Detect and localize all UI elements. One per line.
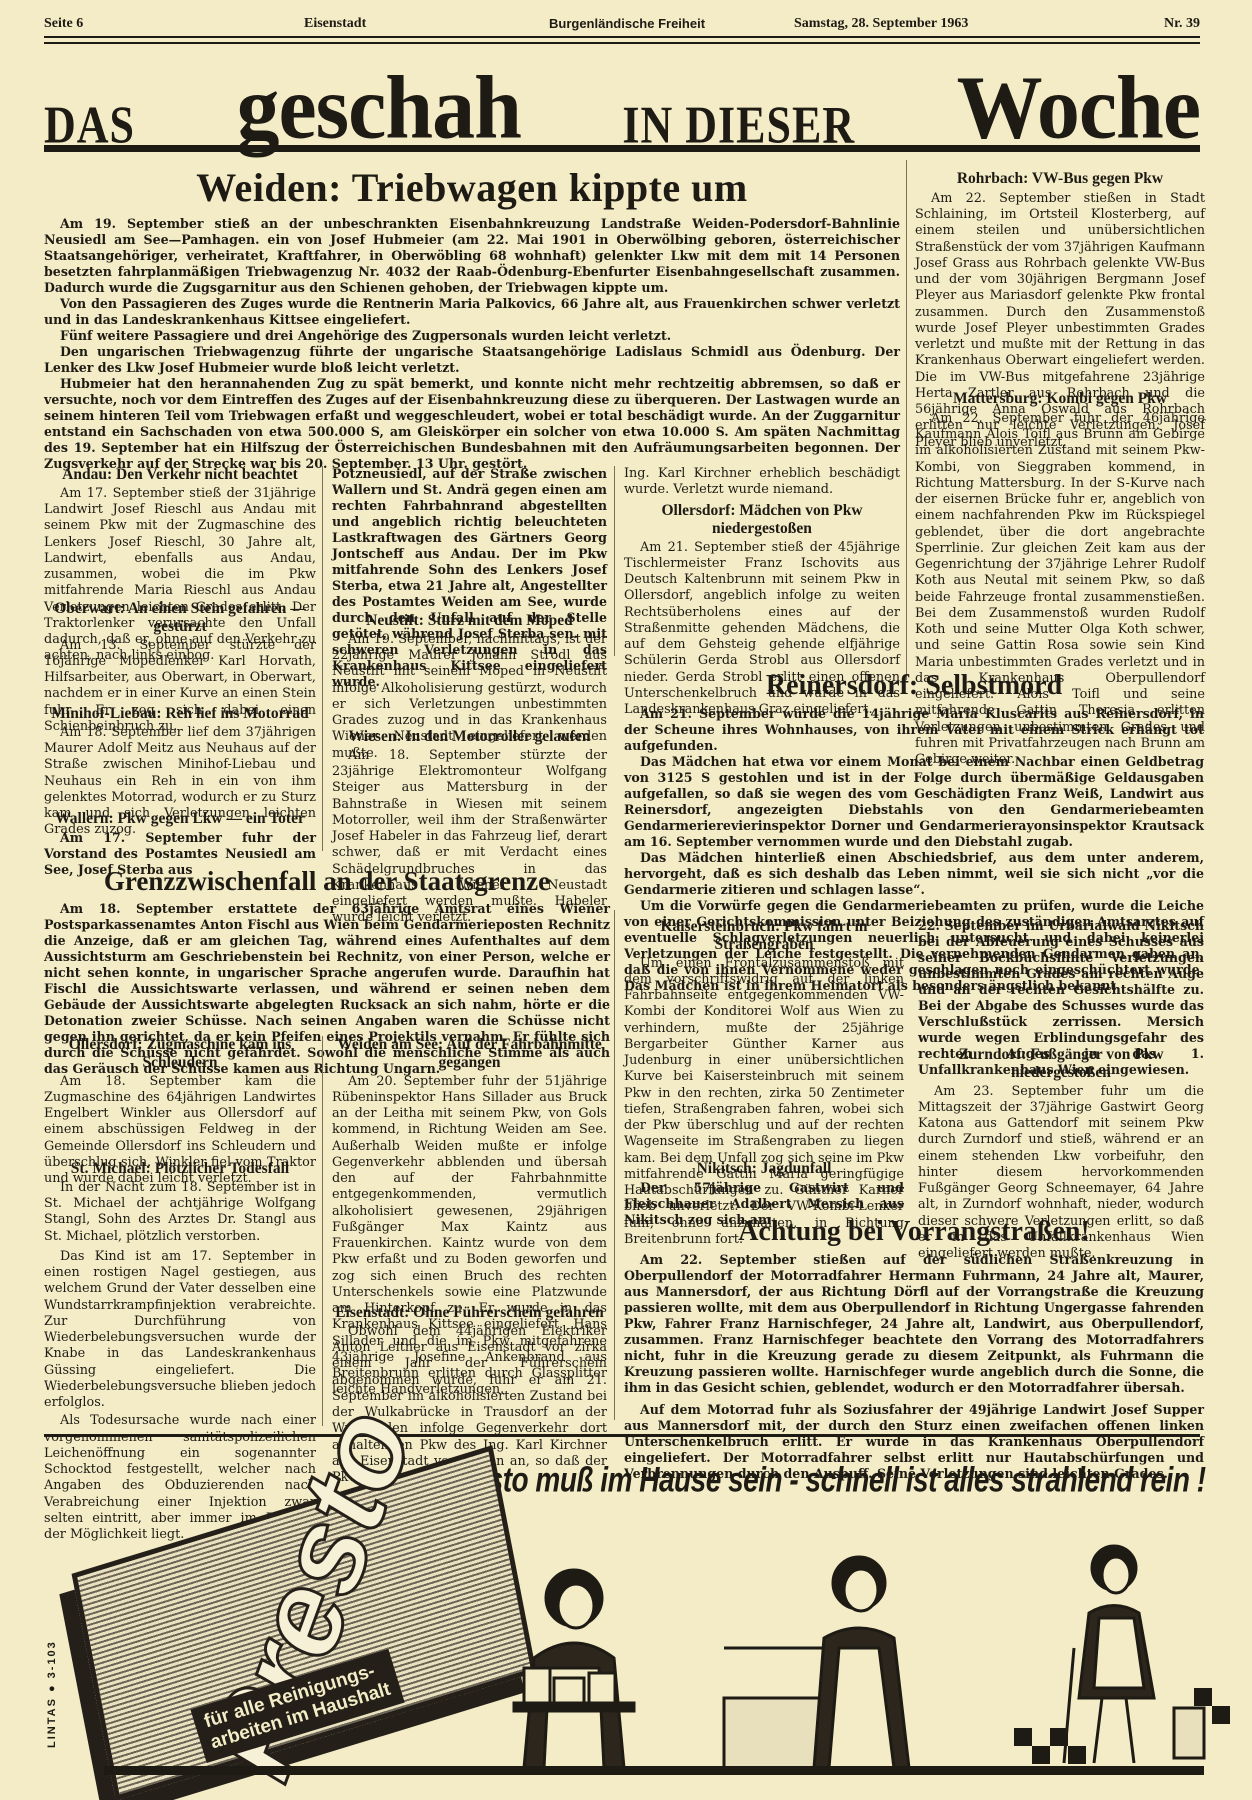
article-headline: Kaisersteinbruch: Pkw fährt in Straßengr… [624,918,904,954]
article-headline: Mattersburg: Kombi gegen Pkw [915,390,1205,408]
article-paragraph: Hubmeier hat den herannahenden Zug zu sp… [44,376,900,472]
article-headline: Ollersdorf: Mädchen von Pkw niedergestoß… [624,502,900,538]
article-headline: Andau: Den Verkehr nicht beachtet [44,466,316,484]
issue-date: Samstag, 28. September 1963 [794,16,968,32]
article-headline: Wallern: Pkw gegen Lkw — ein Toter [44,810,316,828]
article-headline: Wiesen: In den Motorroller gelaufen [332,728,607,746]
article-headline: Grenzzwischenfall an der Staatsgrenze [44,868,610,895]
article-headline: Zurndorf: Fußgänger von Pkw niedergestoß… [918,1046,1204,1082]
issue-number: Nr. 39 [1164,16,1200,32]
article-headline: Weiden am See: Auf der Fahrbahnmitte geg… [332,1036,607,1072]
presto-advertisement: Presto muß im Hause sein - schnell ist a… [44,1448,1200,1788]
advert-slogan: Presto muß im Hause sein - schnell ist a… [444,1460,1206,1500]
article-paragraph: Das Mädchen hinterließ einen Abschiedsbr… [624,850,1204,898]
column-divider [614,466,615,656]
article-headline: Nikitsch: Jagdunfall [624,1160,904,1178]
advert-baseline [104,1766,1204,1775]
banner-rule [44,145,1200,152]
article-paragraph: Am 22. September stießen auf der südlich… [624,1252,1204,1396]
housewife-illustrations [454,1528,1244,1768]
article-paragraph: Fünf weitere Passagiere und drei Angehör… [44,328,900,344]
article-headline: St. Michael: Plötzlicher Todesfall [44,1160,316,1178]
article-headline: Oberwart: An einen Stein gefahren — gest… [44,600,316,636]
advert-agency-code: LINTAS ● 3-103 [46,1640,58,1748]
article-headline: Neustift: Sturz mit dem Moped [332,612,607,630]
banner-word-geschah: geschah [236,62,520,152]
newspaper-name: Burgenländische Freiheit [549,16,705,31]
section-banner: DAS geschah IN DIESER Woche [44,70,1200,152]
column-divider [614,910,615,1420]
article-paragraph: Von den Passagieren des Zuges wurde die … [44,296,900,328]
article-headline: Ollersdorf: Zugmaschine kam ins Schleude… [44,1036,316,1072]
article-paragraph: Ing. Karl Kirchner erheblich beschädigt … [624,466,900,499]
article-paragraph: Am 19. September stieß an der unbeschran… [44,216,900,296]
page-number: Seite 6 [44,16,83,32]
column-divider [322,466,323,851]
banner-word-woche: Woche [957,62,1200,152]
article-paragraph: Das Mädchen hat etwa vor einem Monat bei… [624,754,1204,850]
article-achtung-vorrangstrassen: Achtung bei Vorrangstraßen! Am 22. Septe… [624,1218,1204,1482]
article-paragraph: Das Kind ist am 17. September in einen r… [44,1249,316,1412]
column-divider [906,160,907,680]
article-headline: Minihof-Liebau: Reh lief ins Motorrad [44,705,316,723]
article-headline: Achtung bei Vorrangstraßen! [624,1218,1204,1246]
masthead: Seite 6 Eisenstadt Burgenländische Freih… [44,12,1200,34]
column-divider [322,1036,323,1426]
article-headline: Reinersdorf: Selbstmord [624,672,1204,700]
masthead-city: Eisenstadt [304,16,366,32]
article-headline: Weiden: Triebwagen kippte um [44,168,900,208]
article-paragraph: Am 21. September wurde die 14jährige Mar… [624,706,1204,754]
article-paragraph: Den ungarischen Triebwagenzug führte der… [44,344,900,376]
masthead-rule [44,36,1200,44]
article-headline: Eisenstadt: Ohne Führerschein gefahren [332,1304,607,1322]
article-headline: Rohrbach: VW-Bus gegen Pkw [915,170,1205,188]
article-paragraph: In der Nacht zum 18. September ist in St… [44,1180,316,1245]
advert-top-rule [44,1434,1200,1437]
article-eisenstadt-continued: Ing. Karl Kirchner erheblich beschädigt … [624,466,900,499]
article-weiden-triebwagen: Weiden: Triebwagen kippte um Am 19. Sept… [44,168,900,472]
